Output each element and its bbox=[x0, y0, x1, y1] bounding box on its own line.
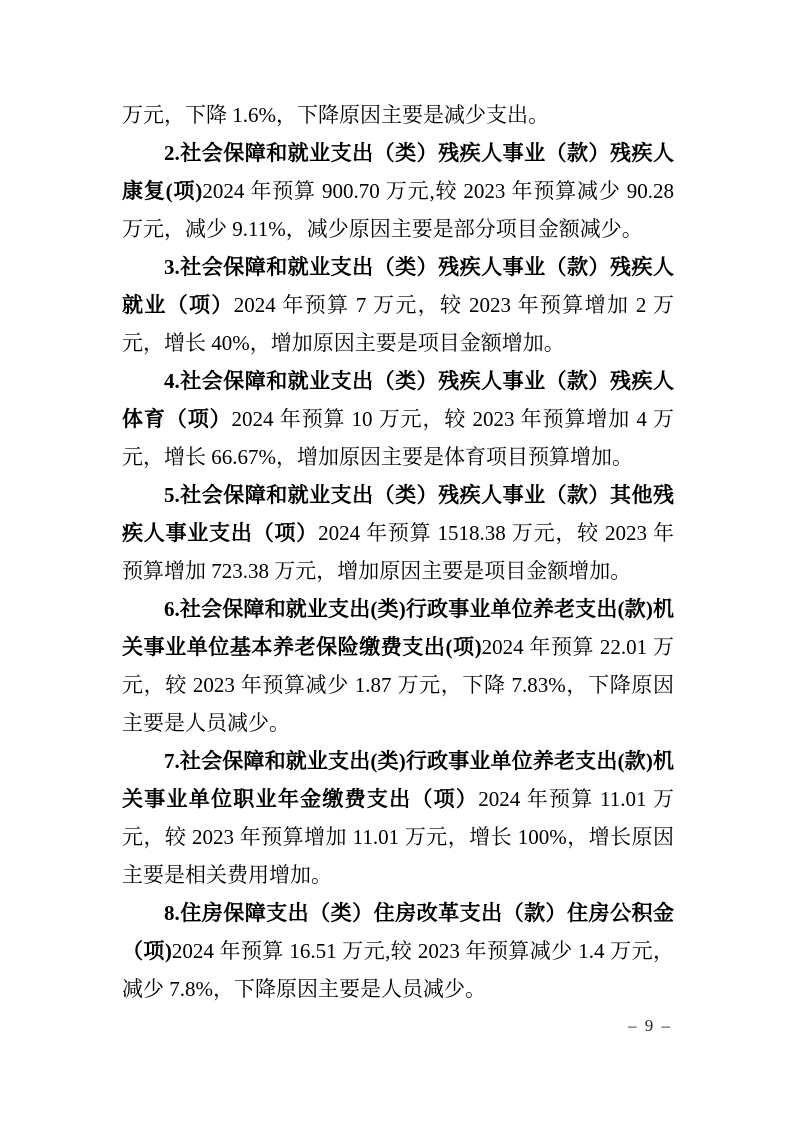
paragraph: 4.社会保障和就业支出（类）残疾人事业（款）残疾人体育（项）2024 年预算 1… bbox=[122, 362, 674, 476]
paragraph: 万元，下降 1.6%，下降原因主要是减少支出。 bbox=[122, 96, 674, 134]
paragraph-text-segment: 2024 年预算 900.70 万元,较 2023 年预算减少 90.28 万元… bbox=[122, 179, 674, 241]
paragraph: 3.社会保障和就业支出（类）残疾人事业（款）残疾人就业（项）2024 年预算 7… bbox=[122, 248, 674, 362]
document-body: 万元，下降 1.6%，下降原因主要是减少支出。2.社会保障和就业支出（类）残疾人… bbox=[122, 96, 674, 1008]
page-number: – 9 – bbox=[628, 1014, 672, 1038]
paragraph: 8.住房保障支出（类）住房改革支出（款）住房公积金（项)2024 年预算 16.… bbox=[122, 894, 674, 1008]
paragraph: 2.社会保障和就业支出（类）残疾人事业（款）残疾人康复(项)2024 年预算 9… bbox=[122, 134, 674, 248]
paragraph: 5.社会保障和就业支出（类）残疾人事业（款）其他残疾人事业支出（项）2024 年… bbox=[122, 476, 674, 590]
document-page: 万元，下降 1.6%，下降原因主要是减少支出。2.社会保障和就业支出（类）残疾人… bbox=[0, 0, 793, 1122]
paragraph-text-segment: 2024 年预算 16.51 万元,较 2023 年预算减少 1.4 万元，减少… bbox=[122, 939, 674, 1001]
paragraph: 6.社会保障和就业支出(类)行政事业单位养老支出(款)机关事业单位基本养老保险缴… bbox=[122, 590, 674, 742]
paragraph-text-segment: 万元，下降 1.6%，下降原因主要是减少支出。 bbox=[122, 103, 549, 127]
paragraph: 7.社会保障和就业支出(类)行政事业单位养老支出(款)机关事业单位职业年金缴费支… bbox=[122, 742, 674, 894]
